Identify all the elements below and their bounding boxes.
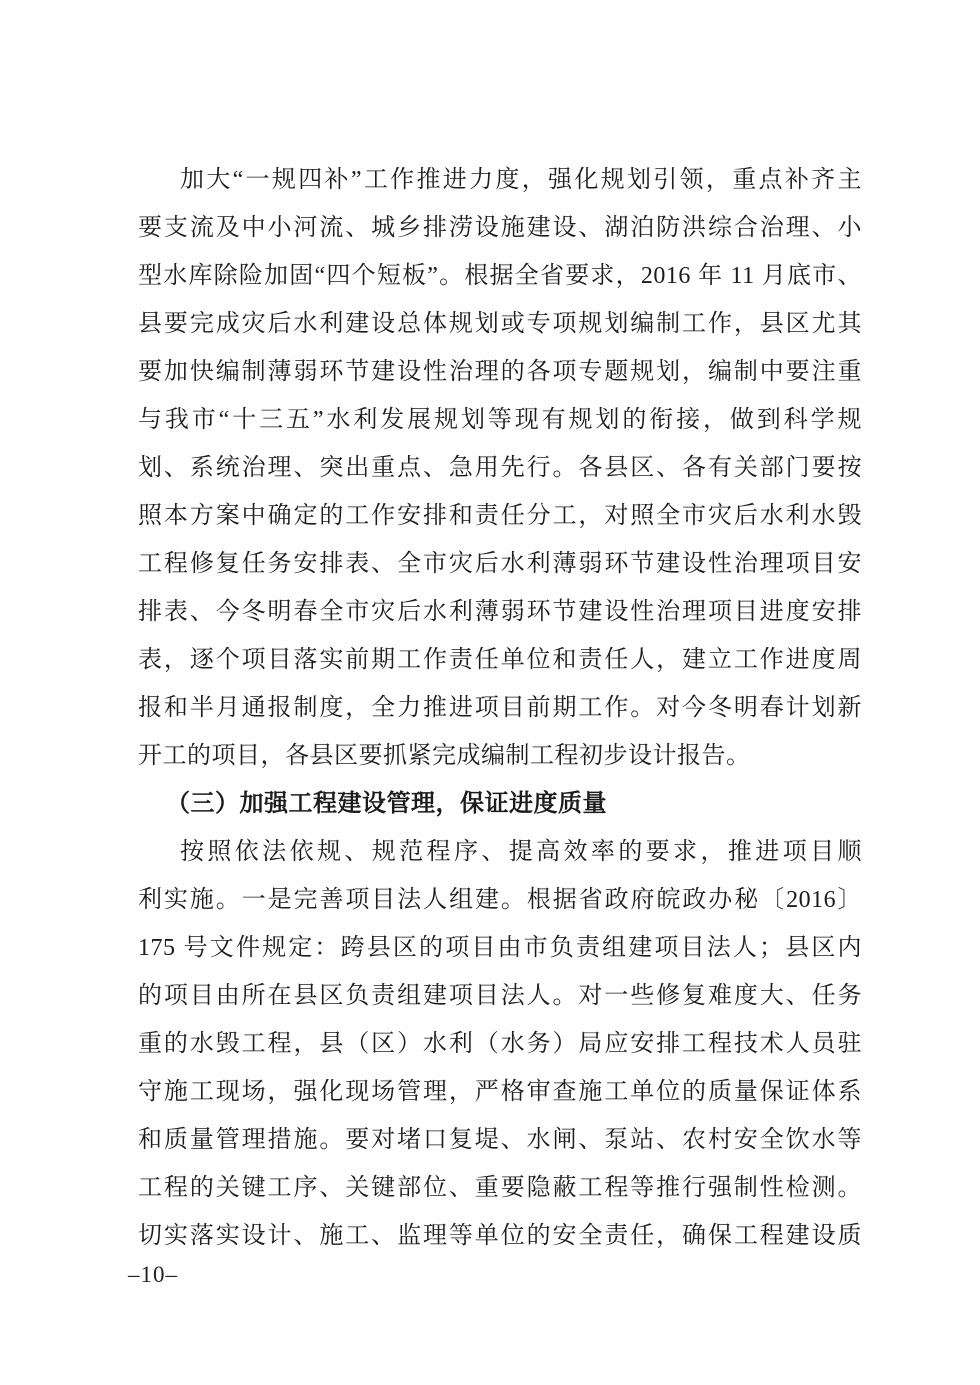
paragraph-construction-management: 按照依法依规、规范程序、提高效率的要求，推进项目顺 利实施。一是完善项目法人组建… — [138, 828, 862, 1260]
text-line: 的项目由所在县区负责组建项目法人。对一些修复难度大、任务 — [138, 972, 862, 1020]
body-text-block: 加大“一规四补”工作推进力度，强化规划引领，重点补齐主 要支流及中小河流、城乡排… — [138, 156, 862, 1260]
text-line: 排表、今冬明春全市灾后水利薄弱环节建设性治理项目进度安排 — [138, 588, 862, 636]
text-line: 切实落实设计、施工、监理等单位的安全责任，确保工程建设质 — [138, 1212, 862, 1260]
text-line: 工程的关键工序、关键部位、重要隐蔽工程等推行强制性检测。 — [138, 1164, 862, 1212]
section-heading-3: （三）加强工程建设管理，保证进度质量 — [138, 780, 862, 828]
text-line: 按照依法依规、规范程序、提高效率的要求，推进项目顺 — [138, 828, 862, 876]
page-number: –10– — [128, 1258, 178, 1292]
text-line: 和质量管理措施。要对堵口复堤、水闸、泵站、农村安全饮水等 — [138, 1116, 862, 1164]
text-line: 与我市“十三五”水利发展规划等现有规划的衔接，做到科学规 — [138, 396, 862, 444]
text-line: 县要完成灾后水利建设总体规划或专项规划编制工作，县区尤其 — [138, 300, 862, 348]
text-line: 表，逐个项目落实前期工作责任单位和责任人，建立工作进度周 — [138, 636, 862, 684]
text-line: 报和半月通报制度，全力推进项目前期工作。对今冬明春计划新 — [138, 684, 862, 732]
text-line: 要加快编制薄弱环节建设性治理的各项专题规划，编制中要注重 — [138, 348, 862, 396]
text-line: 开工的项目，各县区要抓紧完成编制工程初步设计报告。 — [138, 732, 862, 780]
text-line: 利实施。一是完善项目法人组建。根据省政府皖政办秘〔2016〕 — [138, 876, 862, 924]
text-line: 要支流及中小河流、城乡排涝设施建设、湖泊防洪综合治理、小 — [138, 204, 862, 252]
document-page: 加大“一规四补”工作推进力度，强化规划引领，重点补齐主 要支流及中小河流、城乡排… — [0, 0, 980, 1385]
text-line: 重的水毁工程，县（区）水利（水务）局应安排工程技术人员驻 — [138, 1020, 862, 1068]
text-line: 175 号文件规定：跨县区的项目由市负责组建项目法人；县区内 — [138, 924, 862, 972]
text-line: 照本方案中确定的工作安排和责任分工，对照全市灾后水利水毁 — [138, 492, 862, 540]
text-line: 加大“一规四补”工作推进力度，强化规划引领，重点补齐主 — [138, 156, 862, 204]
text-line: 型水库除险加固“四个短板”。根据全省要求，2016 年 11 月底市、 — [138, 252, 862, 300]
text-line: 工程修复任务安排表、全市灾后水利薄弱环节建设性治理项目安 — [138, 540, 862, 588]
text-line: 划、系统治理、突出重点、急用先行。各县区、各有关部门要按 — [138, 444, 862, 492]
text-line: 守施工现场，强化现场管理，严格审查施工单位的质量保证体系 — [138, 1068, 862, 1116]
paragraph-planning: 加大“一规四补”工作推进力度，强化规划引领，重点补齐主 要支流及中小河流、城乡排… — [138, 156, 862, 780]
